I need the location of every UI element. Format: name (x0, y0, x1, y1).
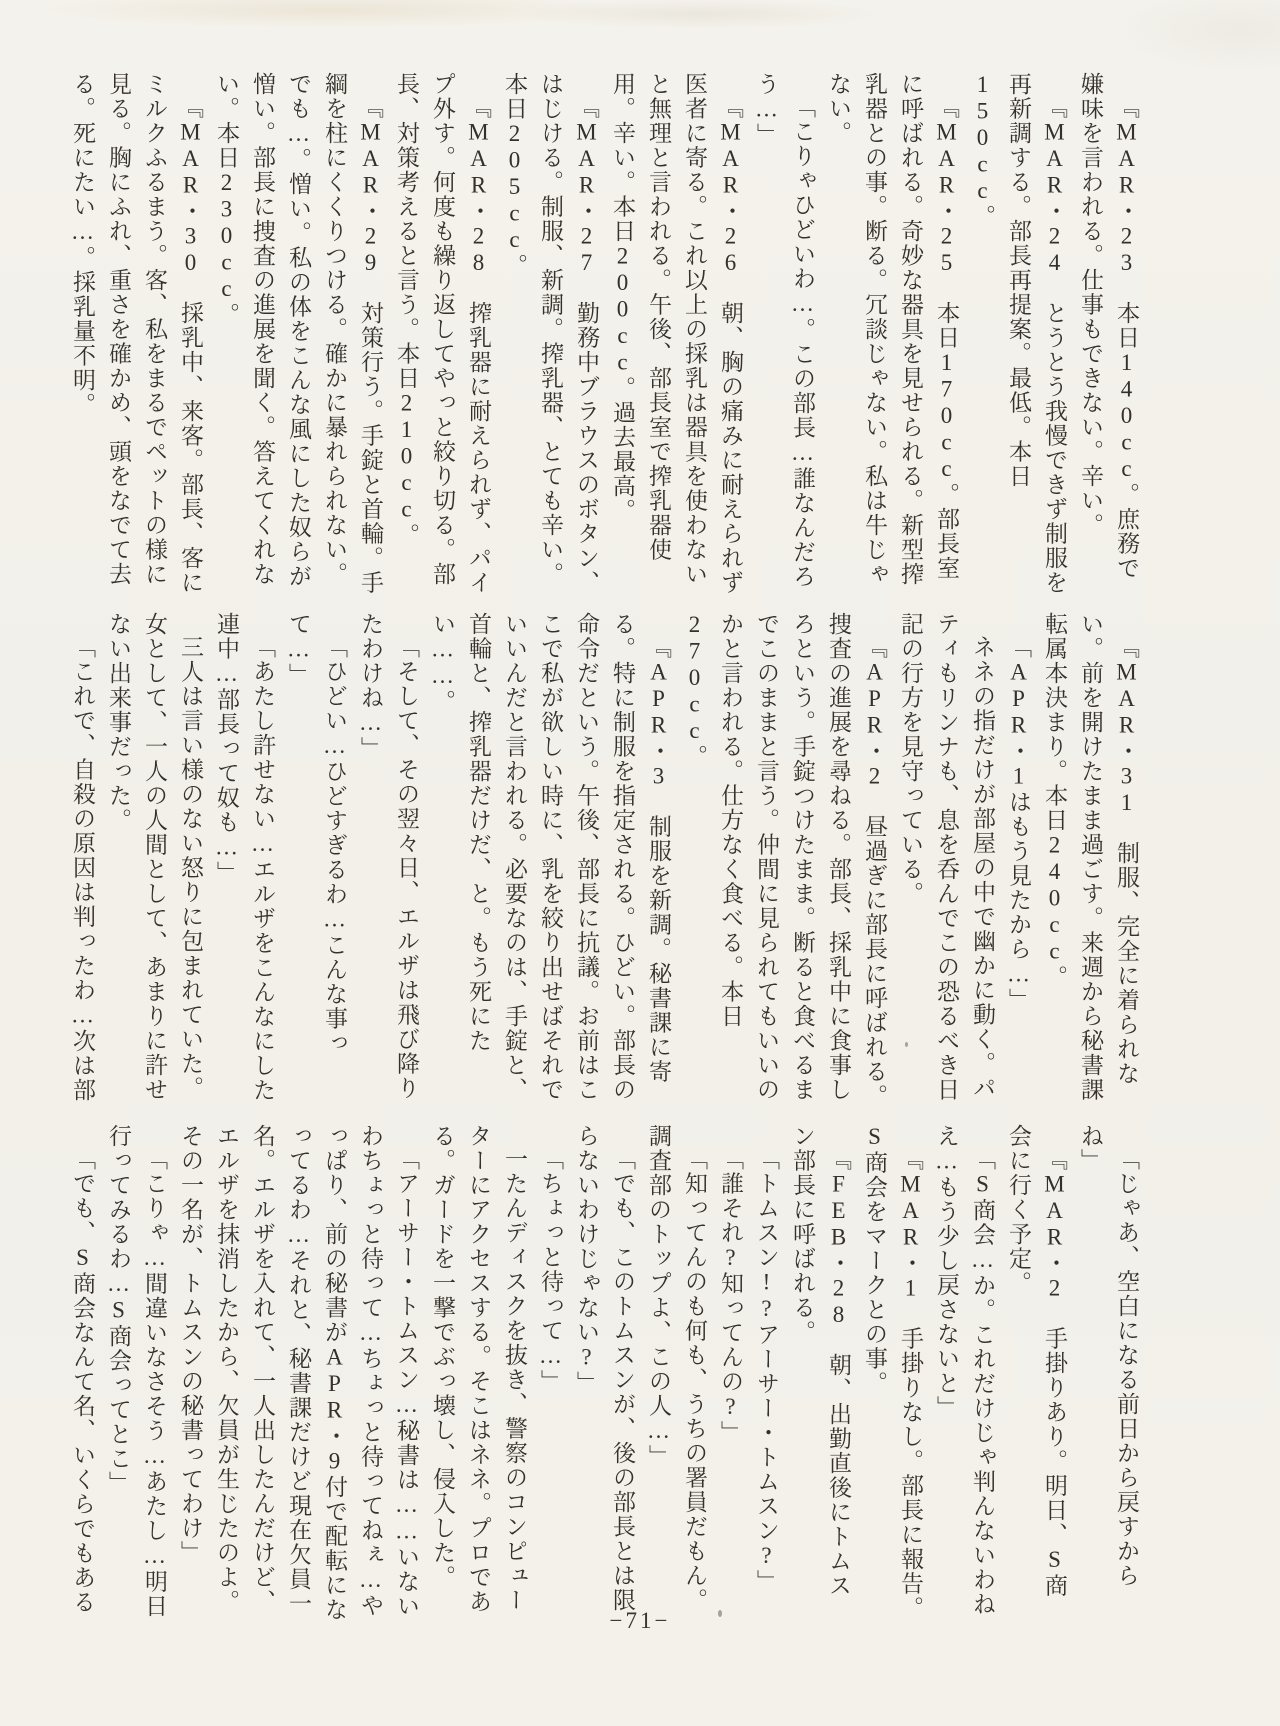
page-number: −71− (0, 1608, 1280, 1634)
text-band-middle: 『MAR・31 制服、完全に着られない。前を開けたまま過ごす。来週から秘書課転属… (66, 612, 1144, 1114)
diary-entry: 『MAR・31 制服、完全に着られない。前を開けたまま過ごす。来週から秘書課転属… (1036, 612, 1144, 1114)
scanned-page: 『MAR・23 本日140cc。庶務で嫌味を言われる。仕事もできない。辛い。『M… (0, 0, 1280, 1726)
diary-entry: 『APR・2 昼過ぎに部長に呼ばれる。捜査の進展を尋ねる。部長、採乳中に食事しろ… (676, 612, 892, 1114)
dialogue-line: 「トムスン!?アーサー・トムスン?」 (748, 1124, 784, 1622)
dialogue-line: 「アーサー・トムスン…秘書は……いないわちょっと待って…ちょっと待ってねぇ…やっ… (172, 1124, 424, 1622)
narration: 三人は言い様のない怒りに包まれていた。女として、一人の人間として、あまりに許せな… (100, 612, 208, 1114)
dialogue-line: 「あたし許せない…エルザをこんなにした連中…部長って奴も…」 (208, 612, 280, 1114)
diary-entry: 『MAR・26 朝、胸の痛みに耐えられず医者に寄る。これ以上の採乳は器具を使わな… (604, 72, 748, 604)
dialogue-line: 「これで、自殺の原因は判ったわ…次は部長って奴の正体と、エルザをこんな目に合わせ… (66, 612, 100, 1114)
scan-speck (718, 1610, 722, 1617)
diary-entry: 『MAR・24 とうとう我慢できず制服を再新調する。部長再提案。最低。本日150… (964, 72, 1072, 604)
dialogue-line: 「APR・1はもう見たから…」 (1000, 612, 1036, 1114)
dialogue-line: 「誰それ?知ってんの?」 (712, 1124, 748, 1622)
dialogue-line: 「そして、その翌々日、エルザは飛び降りたわけね…」 (352, 612, 424, 1114)
diary-entry: 『APR・3 制服を新調。秘書課に寄る。特に制服を指定される。ひどい。部長の命令… (424, 612, 676, 1114)
diary-entry: 『MAR・1 手掛りなし。部長に報告。S商会をマークとの事。 (856, 1124, 928, 1622)
diary-entry: 『MAR・27 勤務中ブラウスのボタン、はじける。制服、新調。搾乳器、とても辛い… (496, 72, 604, 604)
diary-entry: 『MAR・25 本日170cc。部長室に呼ばれる。奇妙な器具を見せられる。新型搾… (820, 72, 964, 604)
diary-entry: 『MAR・2 手掛りあり。明日、S商会に行く予定。 (1000, 1124, 1072, 1622)
text-band-top: 『MAR・23 本日140cc。庶務で嫌味を言われる。仕事もできない。辛い。『M… (66, 72, 1144, 604)
narration: ネネの指だけが部屋の中で幽かに動く。パティもリンナも、息を呑んでこの恐るべき日記… (892, 612, 1000, 1114)
dialogue-line: 「ひどい…ひどすぎるわ…こんな事って…」 (280, 612, 352, 1114)
dialogue-line: 「でも、このトムスンが、後の部長とは限らないわけじゃない?」 (568, 1124, 640, 1622)
diary-entry: 『MAR・30 採乳中、来客。部長、客にミルクふるまう。客、私をまるでペットの様… (66, 72, 208, 604)
diary-entry: 『MAR・23 本日140cc。庶務で嫌味を言われる。仕事もできない。辛い。 (1072, 72, 1144, 604)
dialogue-line: 「こりゃひどいわ…。この部長…誰なんだろう…」 (748, 72, 820, 604)
diary-entry: 『FEB・28 朝、出勤直後にトムスン部長に呼ばれる。 (784, 1124, 856, 1622)
narration: 一たんディスクを抜き、警察のコンピューターにアクセスする。そこはネネ。プロである… (424, 1124, 532, 1622)
text-band-bottom: 「じゃあ、空白になる前日から戻すからね」『MAR・2 手掛りあり。明日、S商会に… (66, 1124, 1144, 1622)
scan-speck (905, 1042, 908, 1047)
dialogue-line: 「でも、S商会なんて名、いくらでもあるわよ?」 (66, 1124, 100, 1622)
dialogue-line: 「知ってんのも何も、うちの署員だもん。調査部のトップよ、この人…」 (640, 1124, 712, 1622)
diary-entry: 『MAR・29 対策行う。手錠と首輪。手綱を柱にくくりつける。確かに暴れられない… (208, 72, 388, 604)
dialogue-line: 「じゃあ、空白になる前日から戻すからね」 (1072, 1124, 1144, 1622)
diary-entry: 『MAR・28 搾乳器に耐えられず、パイプ外す。何度も繰り返してやっと絞り切る。… (388, 72, 496, 604)
dialogue-line: 「S商会…か。これだけじゃ判んないわねえ…もう少し戻さないと」 (928, 1124, 1000, 1622)
dialogue-line: 「こりゃ…間違いなさそう…あたし…明日行ってみるわ…S商会ってとこ」 (100, 1124, 172, 1622)
dialogue-line: 「ちょっと待って…」 (532, 1124, 568, 1622)
